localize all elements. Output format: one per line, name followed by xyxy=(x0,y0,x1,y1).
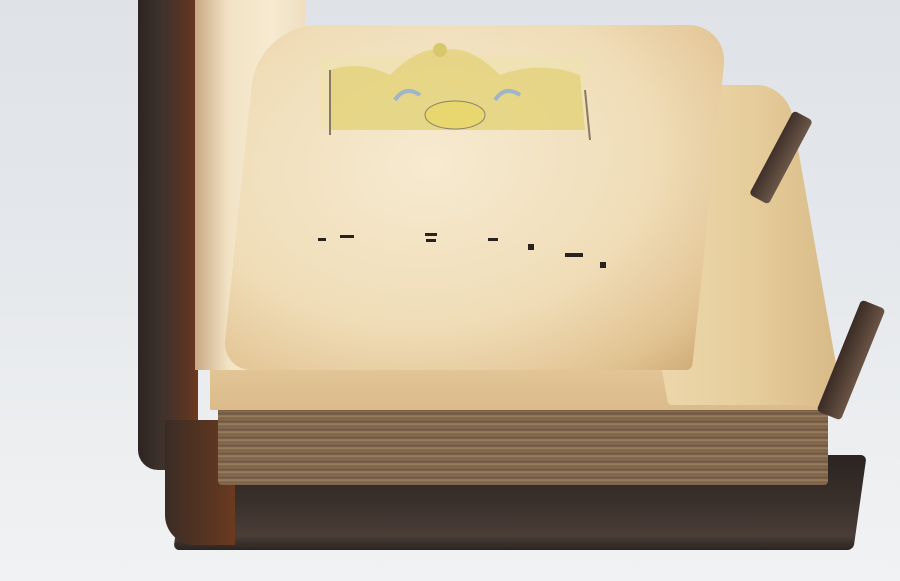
neume-notation xyxy=(0,0,900,581)
